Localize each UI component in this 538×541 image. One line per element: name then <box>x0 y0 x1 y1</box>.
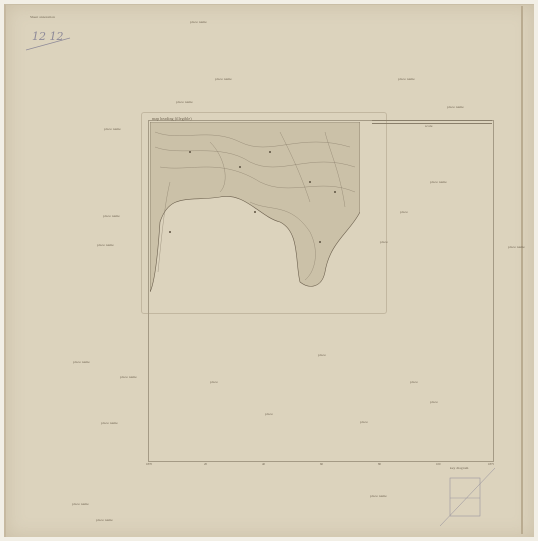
place-label: place name <box>73 360 90 364</box>
corner-note: Sheet annotation <box>30 15 55 19</box>
axis-tick: 80 <box>378 462 381 466</box>
inset-note: key diagram <box>450 466 469 470</box>
place-label: place name <box>97 243 114 247</box>
axis-tick: 20 <box>204 462 207 466</box>
place-label: place <box>265 412 273 416</box>
map-heading: map heading (illegible) <box>152 116 192 121</box>
scale-label: scale <box>425 124 433 128</box>
pencil-stroke-icon <box>24 34 74 54</box>
place-label: place name <box>103 214 120 218</box>
axis-tick: 1870 <box>146 462 152 466</box>
place-label: place name <box>96 518 113 522</box>
place-label: place name <box>101 421 118 425</box>
place-label: place name <box>447 105 464 109</box>
place-label: place name <box>120 375 137 379</box>
place-label: place name <box>72 502 89 506</box>
place-label: place name <box>104 127 121 131</box>
place-label: place name <box>430 180 447 184</box>
place-label: place <box>410 380 418 384</box>
place-label: place name <box>215 77 232 81</box>
place-label: place name <box>370 494 387 498</box>
place-label: place name <box>398 77 415 81</box>
coastline-map <box>150 122 360 292</box>
place-label: place <box>430 400 438 404</box>
place-label: place <box>210 380 218 384</box>
axis-tick: 1875 <box>488 462 494 466</box>
place-label: place name <box>176 100 193 104</box>
place-label: place name <box>190 20 207 24</box>
place-label: place <box>360 420 368 424</box>
sheet-edge <box>521 6 523 534</box>
place-label: place <box>318 353 326 357</box>
inset-diagram <box>440 468 500 528</box>
axis-tick: 40 <box>262 462 265 466</box>
axis-tick: 100 <box>436 462 441 466</box>
place-label: place <box>400 210 408 214</box>
axis-tick: 60 <box>320 462 323 466</box>
place-label: place <box>380 240 388 244</box>
place-label: place name <box>508 245 525 249</box>
